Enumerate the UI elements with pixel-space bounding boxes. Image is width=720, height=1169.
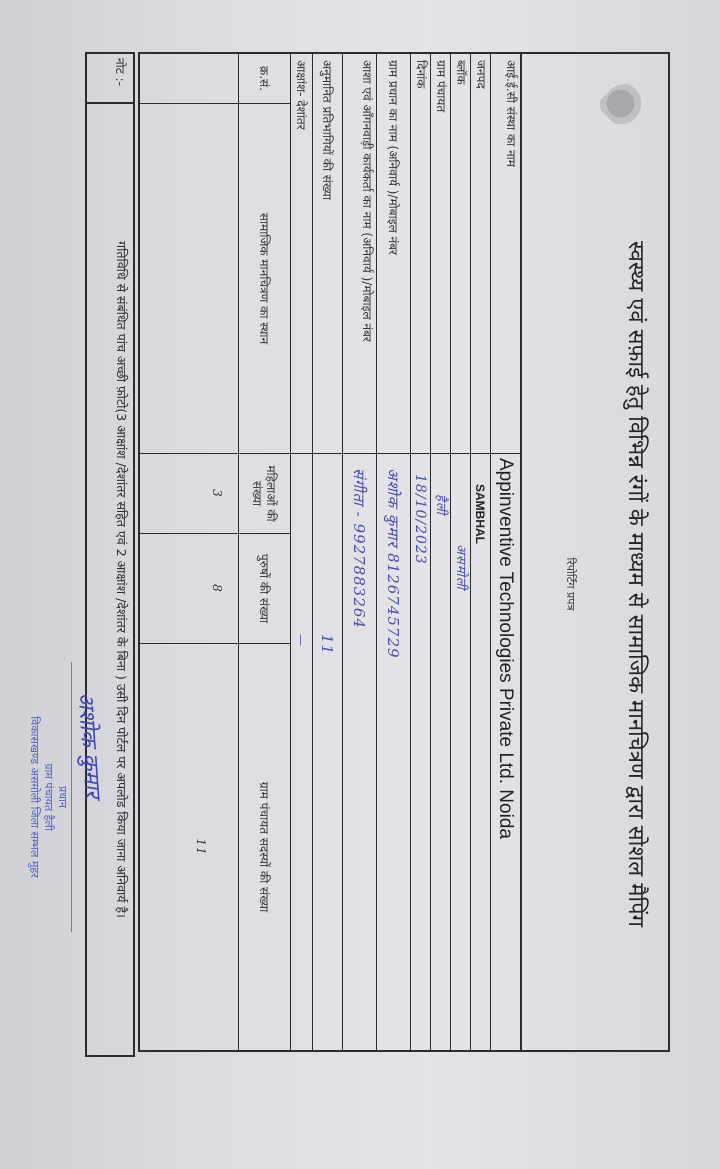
field-value-handwritten: असमोली xyxy=(451,454,470,1050)
field-value-handwritten: अशोक कुमार 8126745729 xyxy=(377,454,410,1050)
field-value-handwritten: हैली xyxy=(431,454,450,1050)
field-label: आक्षांश- देशांतर xyxy=(291,54,312,454)
stamp-line: ग्राम पंचायत हैली xyxy=(41,662,55,932)
stamp-line: विकासखण्ड असमोली जिला सम्भल मुहर xyxy=(27,662,41,932)
participants-header-row: क्र.सं. सामाजिक मानचित्रण का स्थान महिला… xyxy=(238,54,290,1050)
field-label: दिनांक xyxy=(411,54,430,454)
note-text: गतिविधि से संबंधित पांच अच्छी फ़ोटो(3 आक… xyxy=(87,104,133,1055)
row-latitude-longitude: आक्षांश- देशांतर — xyxy=(290,54,312,1050)
men-count-value: 8 xyxy=(140,534,238,644)
form-subtitle: रिपोर्टिंग प्रपत्र xyxy=(563,204,578,964)
field-value-handwritten: संगीता - 9927883264 xyxy=(343,454,376,1050)
field-label: अनुमानित प्रतिभागियों की संख्या xyxy=(313,54,342,454)
row-asha-anganwadi-name-mobile: आशा एवं आँगनवाड़ी कार्यकर्ता का नाम (अनि… xyxy=(342,54,376,1050)
stamp-line: प्रधान xyxy=(55,662,69,932)
form-frame: स्वस्थ्य एवं सफ़ाई हेतु विभिन्न रंगों के… xyxy=(80,52,670,1057)
field-value-handwritten: — xyxy=(291,454,312,1050)
field-label: ग्राम पंचायत xyxy=(431,54,450,454)
field-value-handwritten: 11 xyxy=(313,454,342,1050)
row-estimated-participants: अनुमानित प्रतिभागियों की संख्या 11 xyxy=(312,54,342,1050)
serial-number-value xyxy=(140,54,238,104)
water-drop-logo-icon xyxy=(595,75,654,134)
pradhan-stamp: प्रधान ग्राम पंचायत हैली विकासखण्ड असमोल… xyxy=(27,662,72,932)
form-title: स्वस्थ्य एवं सफ़ाई हेतु विभिन्न रंगों के… xyxy=(620,204,650,964)
field-label: आई.ई.सी संस्था का नाम xyxy=(491,54,520,454)
field-label: ग्राम प्रधान का नाम (अनिवार्य )/मोबाइल न… xyxy=(377,54,410,454)
row-date: दिनांक 18/10/2023 xyxy=(410,54,430,1050)
note-box: नोट :- गतिविधि से संबंधित पांच अच्छी फ़ो… xyxy=(85,52,135,1057)
header-mapping-location: सामाजिक मानचित्रण का स्थान xyxy=(239,104,290,454)
note-label: नोट :- xyxy=(87,54,133,104)
row-iec-organisation: आई.ई.सी संस्था का नाम Appinventive Techn… xyxy=(490,54,520,1050)
row-block: ब्लॉक असमोली xyxy=(450,54,470,1050)
form-header: स्वस्थ्य एवं सफ़ाई हेतु विभिन्न रंगों के… xyxy=(520,52,670,1052)
reporting-form-sheet: स्वस्थ्य एवं सफ़ाई हेतु विभिन्न रंगों के… xyxy=(80,52,670,1062)
row-gram-panchayat: ग्राम पंचायत हैली xyxy=(430,54,450,1050)
field-value-handwritten: 18/10/2023 xyxy=(411,454,430,1050)
field-label: ब्लॉक xyxy=(451,54,470,454)
field-label: आशा एवं आँगनवाड़ी कार्यकर्ता का नाम (अनि… xyxy=(343,54,376,454)
field-value: Appinventive Technologies Private Ltd. N… xyxy=(491,454,520,1050)
header-serial-number: क्र.सं. xyxy=(239,54,290,104)
gp-members-count-value: 11 xyxy=(140,644,238,1050)
women-count-value: 3 xyxy=(140,454,238,534)
field-value: SAMBHAL xyxy=(471,454,490,1050)
form-table: आई.ई.सी संस्था का नाम Appinventive Techn… xyxy=(138,52,520,1052)
header-women-count: महिलाओं की संख्या xyxy=(239,454,290,534)
header-gp-members-count: ग्राम पंचायत सदस्यों की संख्या xyxy=(239,644,290,1050)
mapping-location-value xyxy=(140,104,238,454)
field-label: जनपद xyxy=(471,54,490,454)
participants-data-row: 3 8 11 xyxy=(138,54,238,1050)
row-pradhan-name-mobile: ग्राम प्रधान का नाम (अनिवार्य )/मोबाइल न… xyxy=(376,54,410,1050)
row-district: जनपद SAMBHAL xyxy=(470,54,490,1050)
header-men-count: पुरुषों की संख्या xyxy=(239,534,290,644)
